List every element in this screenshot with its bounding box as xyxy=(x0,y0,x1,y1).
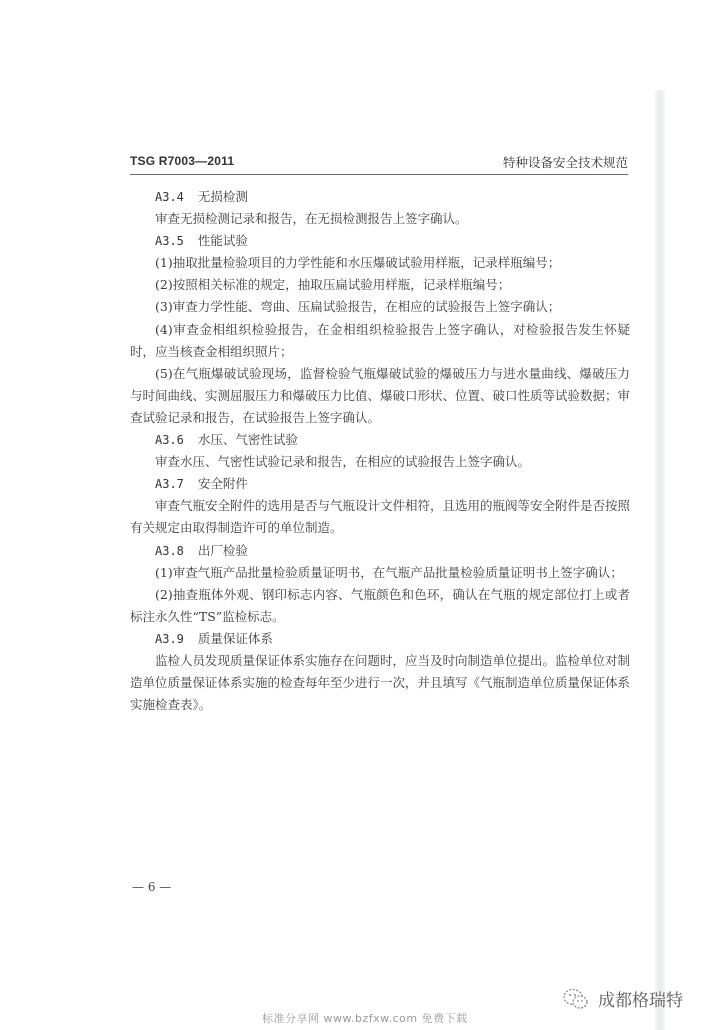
section-number: A3.7 xyxy=(155,477,184,491)
standard-code: TSG R7003—2011 xyxy=(130,154,234,168)
brand-name: 成都格瑞特 xyxy=(598,986,683,1011)
list-item: (3)审查力学性能、弯曲、压扁试验报告，在相应的试验报告上签字确认； xyxy=(130,296,630,318)
page-edge-shadow xyxy=(655,90,665,1030)
section-title: 水压、气密性试验 xyxy=(198,432,298,447)
list-item: (2)按照相关标准的规定，抽取压扁试验用样瓶，记录样瓶编号； xyxy=(130,274,630,296)
paragraph: 审查水压、气密性试验记录和报告，在相应的试验报告上签字确认。 xyxy=(130,451,630,473)
section-heading: A3.7安全附件 xyxy=(130,473,630,495)
section-number: A3.6 xyxy=(155,433,184,447)
paragraph: 监检人员发现质量保证体系实施存在问题时，应当及时向制造单位提出。监检单位对制造单… xyxy=(130,650,630,716)
section-number: A3.8 xyxy=(155,544,184,558)
list-item: (2)抽查瓶体外观、钢印标志内容、气瓶颜色和色环，确认在气瓶的规定部位打上或者标… xyxy=(130,584,630,628)
section-number: A3.9 xyxy=(155,632,184,646)
list-item: (1)审查气瓶产品批量检验质量证明书，在气瓶产品批量检验质量证明书上签字确认； xyxy=(130,562,630,584)
section-heading: A3.5性能试验 xyxy=(130,230,630,252)
section-title: 出厂检验 xyxy=(198,543,248,558)
page-header: TSG R7003—2011 特种设备安全技术规范 xyxy=(130,152,628,175)
section-number: A3.5 xyxy=(155,234,184,248)
paragraph: 审查气瓶安全附件的选用是否与气瓶设计文件相符，且选用的瓶阀等安全附件是否按照有关… xyxy=(130,495,630,539)
wechat-icon xyxy=(562,987,590,1011)
section-title: 安全附件 xyxy=(198,476,248,491)
paragraph: 审查无损检测记录和报告，在无损检测报告上签字确认。 xyxy=(130,208,630,230)
section-title: 性能试验 xyxy=(198,233,248,248)
section-heading: A3.4无损检测 xyxy=(130,186,630,208)
page-number: — 6 — xyxy=(132,880,171,894)
list-item: (5)在气瓶爆破试验现场，监督检验气瓶爆破试验的爆破压力与进水量曲线、爆破压力与… xyxy=(130,363,630,429)
spec-title: 特种设备安全技术规范 xyxy=(503,153,628,171)
brand-badge: 成都格瑞特 xyxy=(562,986,683,1011)
section-title: 质量保证体系 xyxy=(198,631,273,646)
document-body: A3.4无损检测 审查无损检测记录和报告，在无损检测报告上签字确认。 A3.5性… xyxy=(130,186,630,716)
list-item: (1)抽取批量检验项目的力学性能和水压爆破试验用样瓶，记录样瓶编号； xyxy=(130,252,630,274)
section-heading: A3.6水压、气密性试验 xyxy=(130,429,630,451)
list-item: (4)审查金相组织检验报告，在金相组织检验报告上签字确认，对检验报告发生怀疑时，… xyxy=(130,319,630,363)
section-heading: A3.9质量保证体系 xyxy=(130,628,630,650)
section-number: A3.4 xyxy=(155,190,184,204)
section-heading: A3.8出厂检验 xyxy=(130,540,630,562)
watermark-text: 标准分享网 www.bzfxw.com 免费下载 xyxy=(262,1010,468,1026)
section-title: 无损检测 xyxy=(198,189,248,204)
